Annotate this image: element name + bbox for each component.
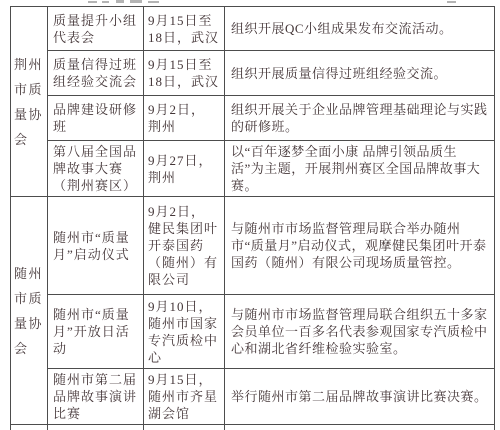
scan-artifact [88, 1, 97, 3]
cell-date-location: 9月15日， 随州市齐星 湖会馆 [144, 369, 225, 425]
cell-activity [48, 425, 144, 430]
cell-activity: 随州市第二届品牌故事演讲比赛 [48, 369, 144, 425]
cell-activity: 质量提升小组代表会 [48, 7, 144, 51]
activities-table: 荆州市质量协会 质量提升小组代表会 9月15日至 18日，武汉 组织开展QC小组… [10, 6, 495, 430]
scan-artifact [130, 0, 142, 3]
cell-date-location [144, 425, 225, 430]
scan-artifact [447, 1, 456, 3]
scanned-document-page: 荆州市质量协会 质量提升小组代表会 9月15日至 18日，武汉 组织开展QC小组… [0, 0, 500, 430]
cell-description [225, 425, 495, 430]
cell-activity: 质量信得过班组经验交流会 [48, 51, 144, 96]
cell-description: 组织开展质量信得过班组经验交流。 [225, 51, 495, 96]
cell-description: 举行随州市第二届品牌故事演讲比赛决赛。 [225, 369, 495, 425]
cell-date-location: 9月2日， 荆州 [144, 96, 225, 141]
cell-date-location: 9月27日， 荆州 [144, 141, 225, 197]
table-row: 第八届全国品牌故事大赛（荆州赛区） 9月27日， 荆州 以“百年逐梦全面小康 品… [11, 141, 495, 197]
scan-artifact [102, 1, 109, 3]
table-row: 品牌建设研修班 9月2日， 荆州 组织开展关于企业品牌管理基础理论与实践的研修班… [11, 96, 495, 141]
cell-description: 以“百年逐梦全面小康 品牌引领品质生活”为主题，开展荆州赛区全国品牌故事大赛。 [225, 141, 495, 197]
cell-date-location: 9月15日至 18日，武汉 [144, 7, 225, 51]
cell-activity: 品牌建设研修班 [48, 96, 144, 141]
table-row: 随州市质量协会 随州市“质量月”启动仪式 9月2日， 健民集团叶 开泰国药 （随… [11, 197, 495, 295]
org-cell-suizhou: 随州市质量协会 [11, 197, 48, 425]
org-cell-partial [11, 425, 48, 430]
cell-activity: 第八届全国品牌故事大赛（荆州赛区） [48, 141, 144, 197]
cell-description: 与随州市市场监督管理局联合组织五十多家会员单位一百多名代表参观国家专汽质检中心和… [225, 295, 495, 369]
cell-date-location: 9月2日， 健民集团叶 开泰国药 （随州）有 限公司 [144, 197, 225, 295]
cell-activity: 随州市“质量月”开放日活动 [48, 295, 144, 369]
table-row: 随州市“质量月”开放日活动 9月10日， 随州市国家 专汽质检中 心 与随州市市… [11, 295, 495, 369]
scan-artifact [116, 0, 124, 3]
table-row-partial [11, 425, 495, 430]
cell-description: 组织开展QC小组成果发布交流活动。 [225, 7, 495, 51]
cell-date-location: 9月15日至 18日，武汉 [144, 51, 225, 96]
table-row: 随州市第二届品牌故事演讲比赛 9月15日， 随州市齐星 湖会馆 举行随州市第二届… [11, 369, 495, 425]
scan-artifact [148, 1, 159, 3]
cell-description: 与随州市市场监督管理局联合举办随州市“质量月”启动仪式，观摩健民集团叶开泰国药（… [225, 197, 495, 295]
table-row: 质量信得过班组经验交流会 9月15日至 18日，武汉 组织开展质量信得过班组经验… [11, 51, 495, 96]
org-cell-jingzhou: 荆州市质量协会 [11, 7, 48, 197]
cell-description: 组织开展关于企业品牌管理基础理论与实践的研修班。 [225, 96, 495, 141]
cell-date-location: 9月10日， 随州市国家 专汽质检中 心 [144, 295, 225, 369]
cell-activity: 随州市“质量月”启动仪式 [48, 197, 144, 295]
table-row: 荆州市质量协会 质量提升小组代表会 9月15日至 18日，武汉 组织开展QC小组… [11, 7, 495, 51]
